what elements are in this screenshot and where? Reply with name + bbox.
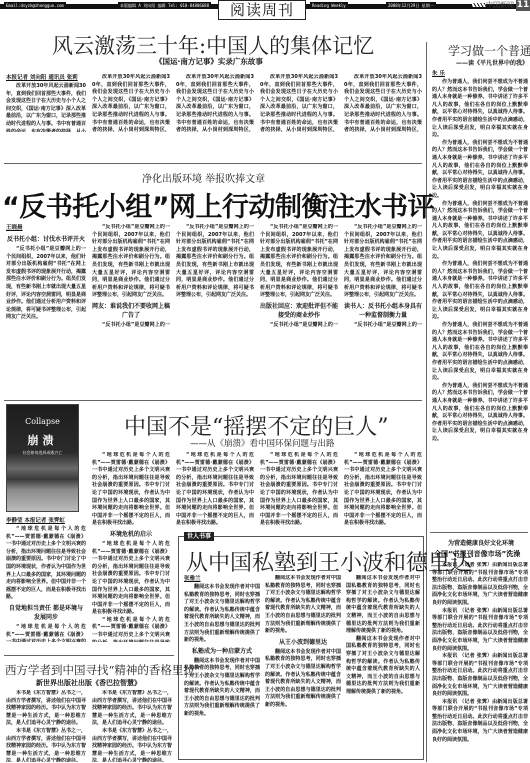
body-text: “反书托小组”是豆瓣网上的一个民间组织，2007年以来，他们针对部分出版机构雇佣… xyxy=(260,322,338,328)
body-text: “地球危机是每个人的危机”——贾雷德·戴蒙德在《崩溃》一书中通过对历史上多个文明… xyxy=(92,617,170,642)
hatch-decoration xyxy=(472,3,486,7)
headline: 从中国私塾到王小波和德里达 xyxy=(186,546,472,577)
body-text: 翻阅这本书会发现作者对中国私塾教育的独特思考，同时也穿插了对王小波杂文与德里达解… xyxy=(265,575,341,636)
english-title: Reading Weekly xyxy=(310,2,348,9)
subhead: 读书人：反书托小组本身具有一种监督制衡力量 xyxy=(344,302,422,320)
body-text: “反书托小组”是豆瓣网上的一个民间组织，2007年以来，他们针对部分出版机构雇佣… xyxy=(344,322,422,328)
body-text: 本书是《东方智慧》丛书之一，由西方学者撰写，讲述他们在中国寻找精神家园的经历。书… xyxy=(6,728,86,762)
header-date: 2008年12月29日 星期一 xyxy=(386,2,436,9)
body-text: 改革开放30年风起云涌新闻30年，直到我们回首那些大事件，我们会发现这些日子在大… xyxy=(176,74,254,132)
body-text: 改革开放30年风起云涌新闻30年，直到我们回首那些大事件，我们会发现这些日子在大… xyxy=(344,74,422,132)
body-text: 翻阅这本书会发现作者对中国私塾教育的独特思考，同时也穿插了对王小波杂文与德里达解… xyxy=(184,584,260,645)
body-text: 本书是《东方智慧》丛书之一，由西方学者撰写，讲述他们在中国寻找精神家园的经历。书… xyxy=(92,690,172,728)
book-cover-english: Collapse xyxy=(7,417,78,426)
kicker: 为营造健康良好文化环境 xyxy=(448,538,514,547)
body-text: 作为普通人，我们何尝不想成为不普通的人？然而这本书告诉我们，学会做一个普通人本身… xyxy=(432,201,528,262)
header-email: Email:dsyzk@zhongguo.com xyxy=(4,2,66,9)
body-text: “地球危机是每个人的危机”——贾雷德·戴蒙德在《崩溃》一书中通过对历史上多个文明… xyxy=(92,541,170,617)
headline: 西方学者到中国寻找“精神的香格里拉” xyxy=(5,662,201,678)
body-text: 改革开放30年风起云涌新闻30年，直到我们回首那些大事件，我们会发现这些日子在大… xyxy=(92,74,170,132)
header-contact: 本版编辑 A 刘向阳 编辑 Tel: 010-84886688 xyxy=(118,2,211,9)
body-text: “反书托小组”是豆瓣网上的一个民间组织，2007年以来，他们针对部分出版机构雇佣… xyxy=(6,246,86,322)
body-text: 改革开放30年风起云涌新闻30年，直到我们回首那些大事件，我们会发现这些日子在大… xyxy=(260,74,338,132)
subhead: 出版社回应：欢迎批评但不能接受的商业炒作 xyxy=(260,302,338,320)
body-text: 本报讯 （记者 张霁）由新闻出版总署等部门联合开展的“书报刊音像市场”专项整治行… xyxy=(432,608,528,654)
subheadline: 新世界出版社出版《香巴拉智慧》 xyxy=(36,678,141,688)
body-text: 作为普通人，我们何尝不想成为不普通的人？然而这本书告诉我们，学会做一个普通人本身… xyxy=(432,261,528,322)
headline: 全国“书报刊音像市场”洗澡 xyxy=(434,549,520,559)
body-text: “地球危机是每个人的危机”——贾雷德·戴蒙德在《崩溃》一书中通过对历史上多个文明… xyxy=(344,452,422,528)
book-cover-tagline: 社会如何选择成败兴亡 xyxy=(7,450,78,456)
section-divider xyxy=(430,532,528,533)
body-text: “地球危机是每个人的危机”——贾雷德·戴蒙德在《崩溃》一书中通过对历史上多个文明… xyxy=(6,624,86,642)
body-text: 本报讯 （记者 张霁）由新闻出版总署等部门联合开展的“书报刊音像市场”专项整治行… xyxy=(432,653,528,699)
subhead: 从王小波到德里达 xyxy=(265,638,341,647)
body-text: “反书托小组”是豆瓣网上的一个民间组织，2007年以来，他们针对部分出版机构雇佣… xyxy=(176,224,254,300)
subheadline: ——从《崩溃》看中国环保问题与出路 xyxy=(190,437,335,449)
body-text: 翻阅这本书会发现作者对中国私塾教育的独特思考，同时也穿插了对王小波杂文与德里达解… xyxy=(346,636,420,697)
subhead: 私塾成为一种启蒙方式 xyxy=(184,647,260,656)
byline: 王晓晨 xyxy=(6,224,86,233)
body-text: “反书托小组”是豆瓣网上的一个民间组织，2007年以来，他们针对部分出版机构雇佣… xyxy=(92,224,170,300)
page-number: 11 xyxy=(516,0,530,11)
body-text: 翻阅这本书会发现作者对中国私塾教育的独特思考，同时也穿插了对王小波杂文与德里达解… xyxy=(265,649,341,710)
section-divider xyxy=(4,400,422,401)
body-text: “反书托小组”是豆瓣网上的一个民间组织，2007年以来，他们针对部分出版机构雇佣… xyxy=(344,224,422,300)
body-text: “反书托小组”是豆瓣网上的一个民间组织，2007年以来，他们针对部分出版机构雇佣… xyxy=(92,322,170,328)
body-text: “地球危机是每个人的危机”——贾雷德·戴蒙德在《崩溃》一书中通过对历史上多个文明… xyxy=(260,452,338,528)
subheadline: ——读《平凡世界中的我》 xyxy=(456,58,528,67)
body-text: 本书是《东方智慧》丛书之一，由西方学者撰写，讲述他们在中国寻找精神家园的经历。书… xyxy=(6,690,86,728)
section-divider xyxy=(4,163,422,164)
column-tag: 世人书事 xyxy=(184,532,214,541)
book-cover-image: Collapse 崩溃 社会如何选择成败兴亡 xyxy=(6,404,79,512)
byline: 张雅兰 xyxy=(184,575,260,584)
body-text: 本书是《东方智慧》丛书之一，由西方学者撰写，讲述他们在中国寻找精神家园的经历。书… xyxy=(92,728,172,762)
body-text: 本报讯 （记者 张霁）由新闻出版总署等部门联合开展的“书报刊音像市场”专项整治行… xyxy=(432,562,528,608)
subheadline: 《国运·南方记事》实录广东故事 xyxy=(155,56,263,67)
body-text: “地球危机是每个人的危机”——贾雷德·戴蒙德在《崩溃》一书中通过对历史上多个文明… xyxy=(176,452,254,528)
body-text: 作为普通人，我们何尝不想成为不普通的人？然而这本书告诉我们，学会做一个普通人本身… xyxy=(432,79,528,140)
body-text: 改革开放30年风起云涌新闻30年，直到我们回首那些大事件，我们会发现这些日子在大… xyxy=(6,83,86,132)
body-text: 翻阅这本书会发现作者对中国私塾教育的独特思考，同时也穿插了对王小波杂文与德里达解… xyxy=(346,575,420,636)
body-text: “地球危机是每个人的危机”——贾雷德·戴蒙德在《崩溃》一书中通过对历史上多个文明… xyxy=(6,526,86,602)
body-text: 本报讯 （记者 张霁）由新闻出版总署等部门联合开展的“书报刊音像市场”专项整治行… xyxy=(432,699,528,745)
byline: 朱 乐 xyxy=(432,70,528,79)
byline: 李静莹 本报记者 张霁虹 xyxy=(6,517,86,526)
byline: 本报记者 刘向阳 通讯员 张莉 xyxy=(6,74,86,83)
body-text: “地球危机是每个人的危机”——贾雷德·戴蒙德在《崩溃》一书中通过对历史上多个文明… xyxy=(92,452,170,528)
body-text: “反书托小组”是豆瓣网上的一个民间组织，2007年以来，他们针对部分出版机构雇佣… xyxy=(260,224,338,300)
subhead: 环境危机的启示 xyxy=(92,530,170,539)
subhead: 自觉地担当责任 都是环境与发展同步 xyxy=(6,604,86,622)
book-cover-chinese: 崩溃 xyxy=(7,432,78,448)
lead-subhead: 反书托小组：讨伐水书评开火 xyxy=(6,235,86,244)
body-text: 作为普通人，我们何尝不想成为不普通的人？然而这本书告诉我们，学会做一个普通人本身… xyxy=(432,140,528,201)
headline: “反书托小组”网上行动制衡注水书评 xyxy=(2,185,434,224)
subhead: 网友：谁说我们不要收网上稿广告了 xyxy=(92,302,170,320)
body-text: 作为普通人，我们何尝不想成为不普通的人？然而这本书告诉我们，学会做一个普通人本身… xyxy=(432,383,528,444)
column-divider xyxy=(426,42,427,762)
headline: 学习做一个普通人 xyxy=(448,42,530,59)
section-title: 阅读周刊 xyxy=(218,0,306,20)
body-text: 作为普通人，我们何尝不想成为不普通的人？然而这本书告诉我们，学会做一个普通人本身… xyxy=(432,322,528,383)
kicker: 净化出版环境 举报吹捧文章 xyxy=(142,170,265,185)
section-divider xyxy=(4,655,174,656)
masthead-logo: 中国新闻 xyxy=(486,0,514,10)
